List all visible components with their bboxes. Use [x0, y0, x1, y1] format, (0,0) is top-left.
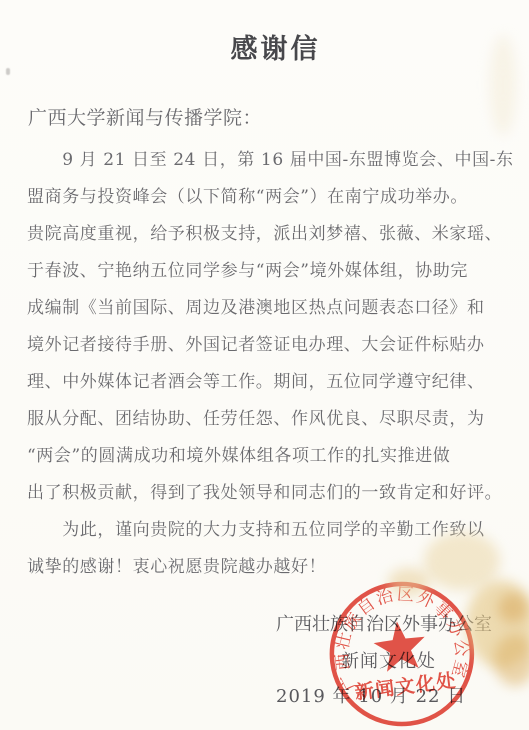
paper-stain	[494, 634, 529, 686]
official-red-seal-stamp: 广西壮族自治区外事办公室 新闻文化处	[320, 571, 486, 730]
letter-salutation: 广西大学新闻与传播学院：	[28, 103, 262, 130]
scan-speck	[6, 68, 10, 75]
stamp-bottom-text: 新闻文化处	[354, 669, 459, 704]
stamp-star-icon	[371, 618, 428, 673]
scanned-letter-page: 感谢信 广西大学新闻与传播学院： 9 月 21 日至 24 日，第 16 届中国…	[0, 0, 529, 730]
paper-stain	[498, 593, 528, 623]
letter-title: 感谢信	[0, 27, 529, 66]
letter-paragraph-1: 9 月 21 日至 24 日，第 16 届中国-东盟博览会、中国-东 盟商务与投…	[27, 142, 514, 512]
